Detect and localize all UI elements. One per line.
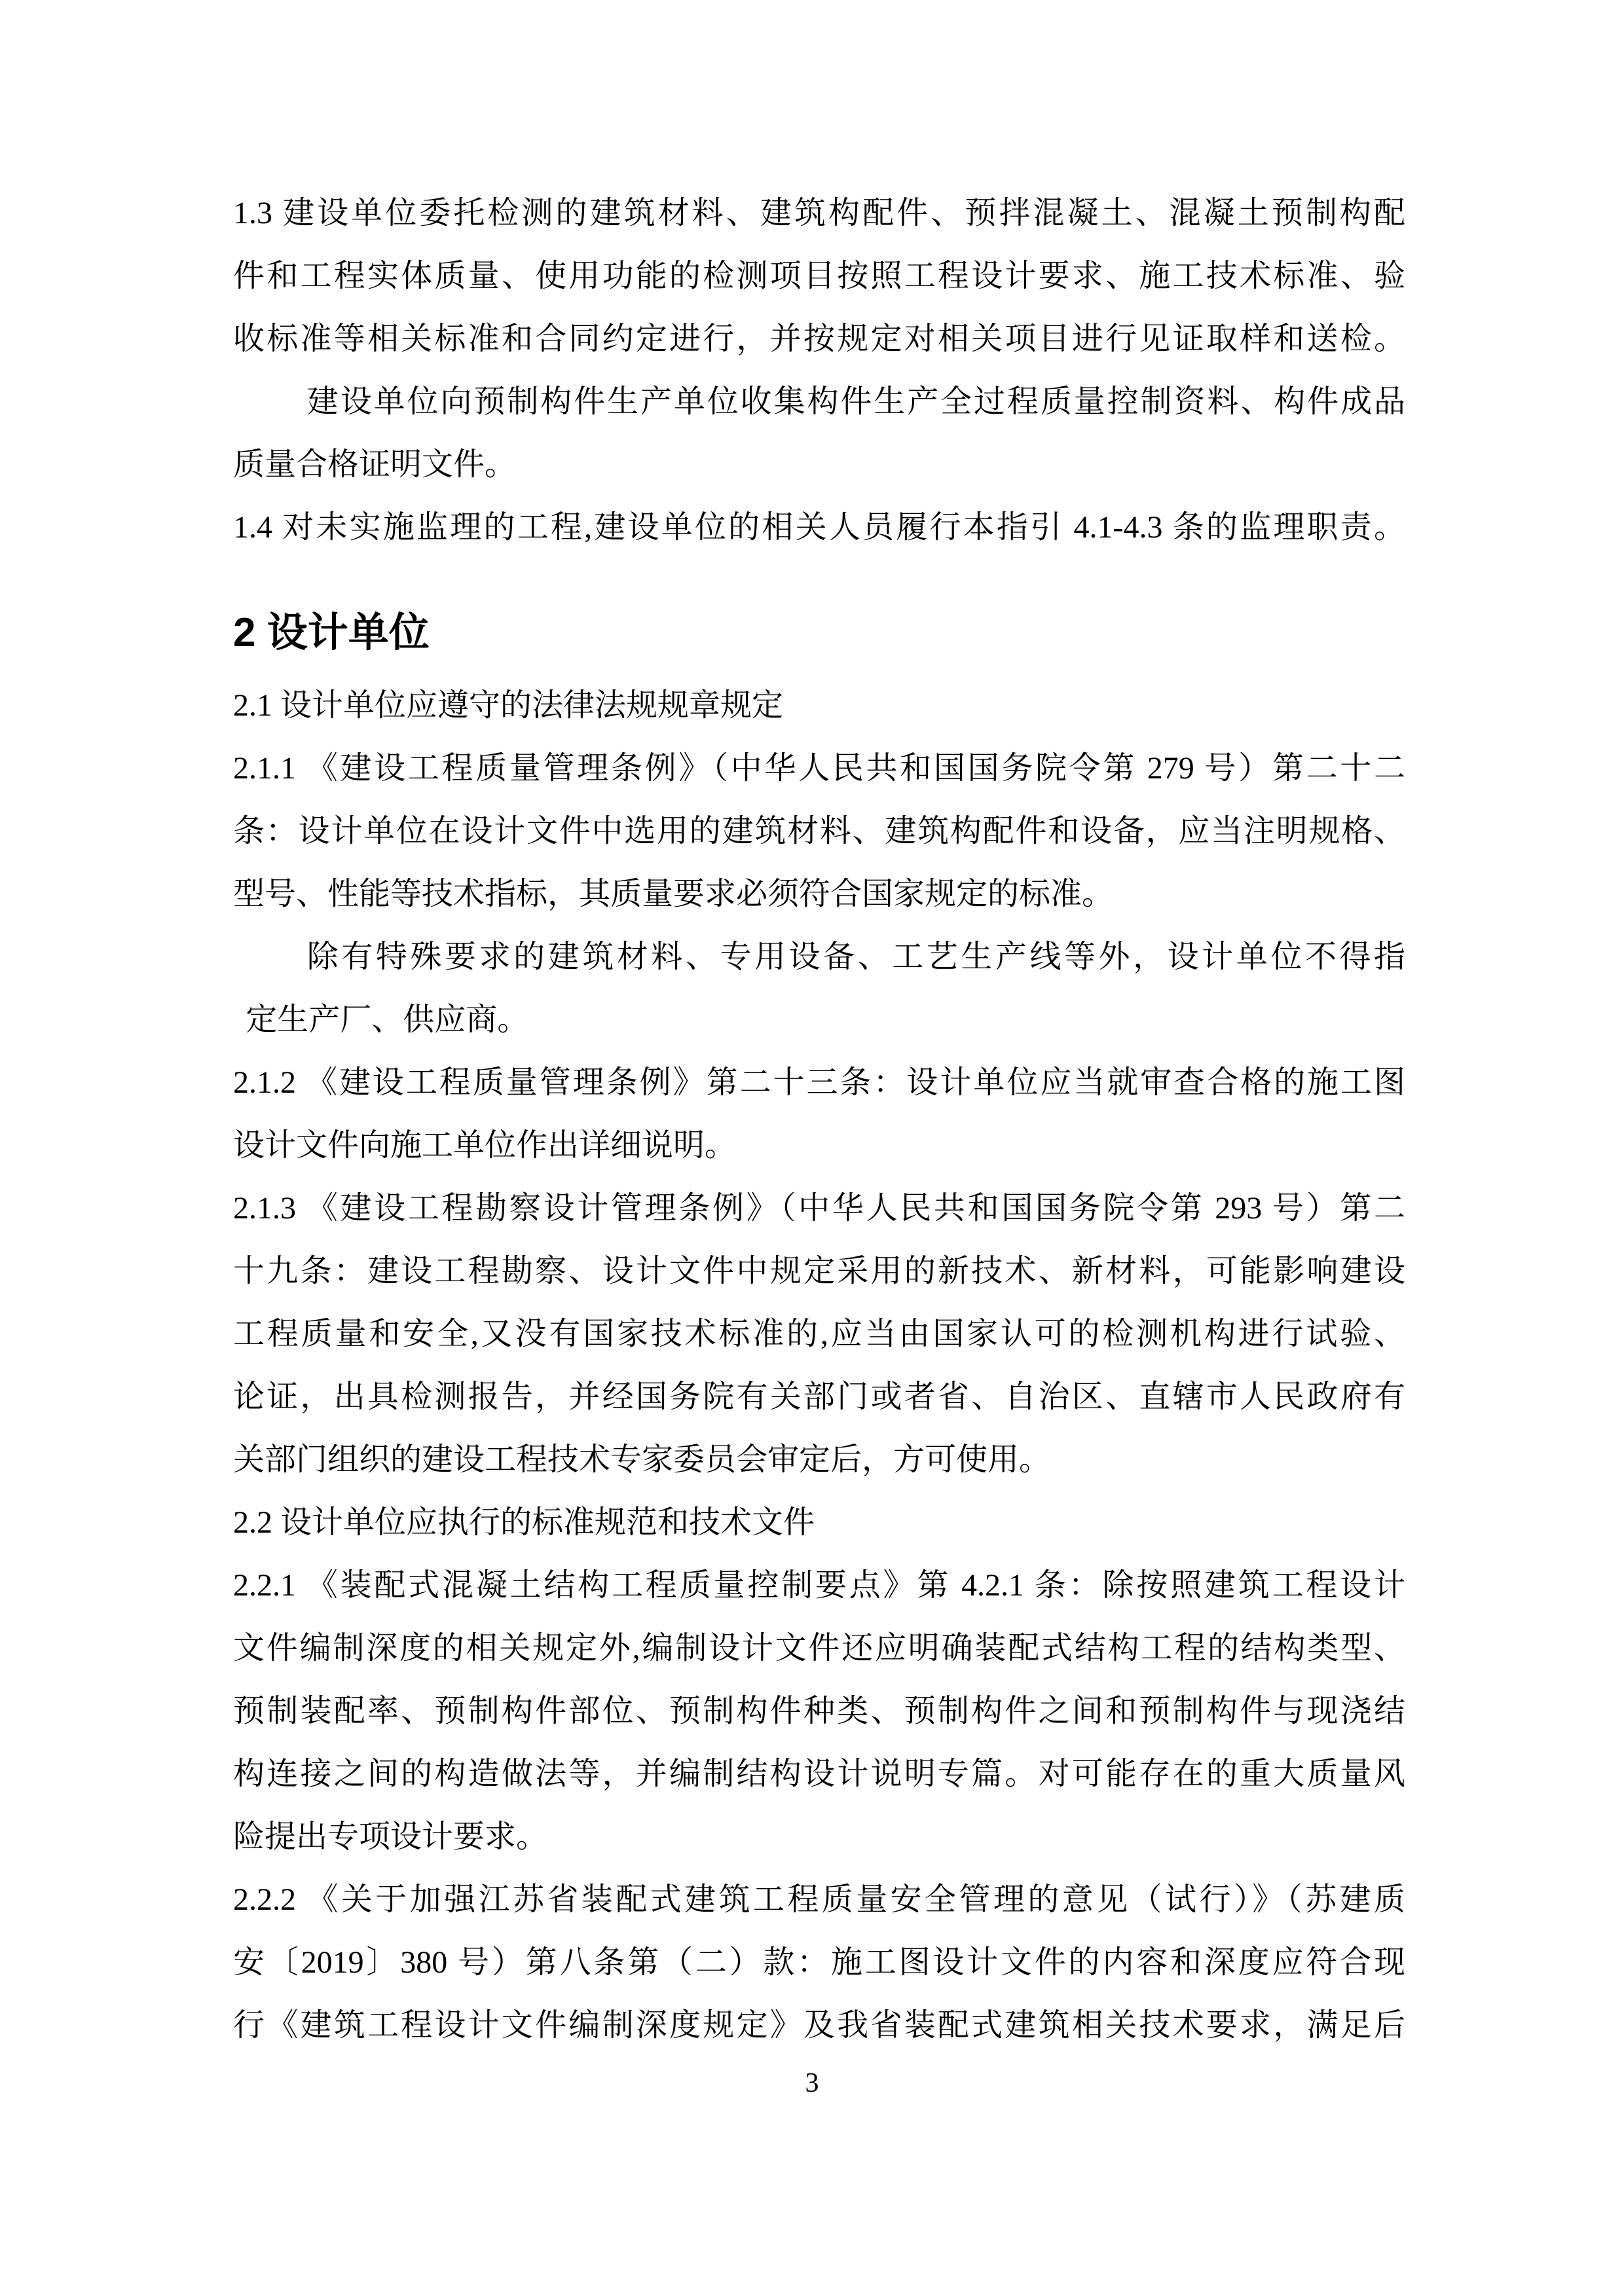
text-line: 构连接之间的构造做法等，并编制结构设计说明专篇。对可能存在的重大质量风 xyxy=(233,1743,1405,1806)
page-footer: 3 xyxy=(0,2062,1624,2104)
text-line: 定生产厂、供应商。 xyxy=(233,989,1405,1051)
text-line: 行《建筑工程设计文件编制深度规定》及我省装配式建筑相关技术要求，满足后 xyxy=(233,1994,1405,2057)
text-line: 件和工程实体质量、使用功能的检测项目按照工程设计要求、施工技术标准、验 xyxy=(233,245,1405,308)
text-line: 关部门组织的建设工程技术专家委员会审定后，方可使用。 xyxy=(233,1429,1405,1491)
text-line: 除有特殊要求的建筑材料、专用设备、工艺生产线等外，设计单位不得指 xyxy=(233,926,1405,989)
text-line: 1.4 对未实施监理的工程,建设单位的相关人员履行本指引 4.1-4.3 条的监… xyxy=(233,496,1405,559)
text-line: 2.1.2 《建设工程质量管理条例》第二十三条：设计单位应当就审查合格的施工图 xyxy=(233,1051,1405,1114)
text-line: 收标准等相关标准和合同约定进行，并按规定对相关项目进行见证取样和送检。 xyxy=(233,308,1405,371)
subsection-heading: 2.1 设计单位应遵守的法律法规规章规定 xyxy=(233,674,1405,737)
text-line: 预制装配率、预制构件部位、预制构件种类、预制构件之间和预制构件与现浇结 xyxy=(233,1680,1405,1743)
text-line: 质量合格证明文件。 xyxy=(233,433,1405,496)
text-line: 安〔2019〕380 号）第八条第（二）款：施工图设计文件的内容和深度应符合现 xyxy=(233,1931,1405,1994)
text-line: 2.2.1 《装配式混凝土结构工程质量控制要点》第 4.2.1 条：除按照建筑工… xyxy=(233,1554,1405,1617)
text-line: 2.1.3 《建设工程勘察设计管理条例》（中华人民共和国国务院令第 293 号）… xyxy=(233,1177,1405,1240)
text-line: 论证，出具检测报告，并经国务院有关部门或者省、自治区、直辖市人民政府有 xyxy=(233,1366,1405,1429)
text-line: 2.1.1 《建设工程质量管理条例》（中华人民共和国国务院令第 279 号）第二… xyxy=(233,737,1405,800)
text-line: 建设单位向预制构件生产单位收集构件生产全过程质量控制资料、构件成品 xyxy=(233,371,1405,433)
document-page: 1.3 建设单位委托检测的建筑材料、建筑构配件、预拌混凝土、混凝土预制构配件和工… xyxy=(0,0,1624,2296)
text-line: 险提出专项设计要求。 xyxy=(233,1806,1405,1868)
text-line: 设计文件向施工单位作出详细说明。 xyxy=(233,1114,1405,1177)
text-line: 文件编制深度的相关规定外,编制设计文件还应明确装配式结构工程的结构类型、 xyxy=(233,1617,1405,1680)
page-number: 3 xyxy=(805,2068,819,2098)
text-line: 1.3 建设单位委托检测的建筑材料、建筑构配件、预拌混凝土、混凝土预制构配 xyxy=(233,182,1405,245)
text-line: 型号、性能等技术指标，其质量要求必须符合国家规定的标准。 xyxy=(233,863,1405,926)
document-text-block: 1.3 建设单位委托检测的建筑材料、建筑构配件、预拌混凝土、混凝土预制构配件和工… xyxy=(233,182,1405,2057)
text-line: 十九条：建设工程勘察、设计文件中规定采用的新技术、新材料，可能影响建设 xyxy=(233,1240,1405,1303)
section-heading: 2 设计单位 xyxy=(233,596,1405,670)
text-line: 工程质量和安全,又没有国家技术标准的,应当由国家认可的检测机构进行试验、 xyxy=(233,1303,1405,1366)
subsection-heading: 2.2 设计单位应执行的标准规范和技术文件 xyxy=(233,1491,1405,1554)
text-line: 条：设计单位在设计文件中选用的建筑材料、建筑构配件和设备，应当注明规格、 xyxy=(233,800,1405,863)
text-line: 2.2.2 《关于加强江苏省装配式建筑工程质量安全管理的意见（试行）》（苏建质 xyxy=(233,1868,1405,1931)
